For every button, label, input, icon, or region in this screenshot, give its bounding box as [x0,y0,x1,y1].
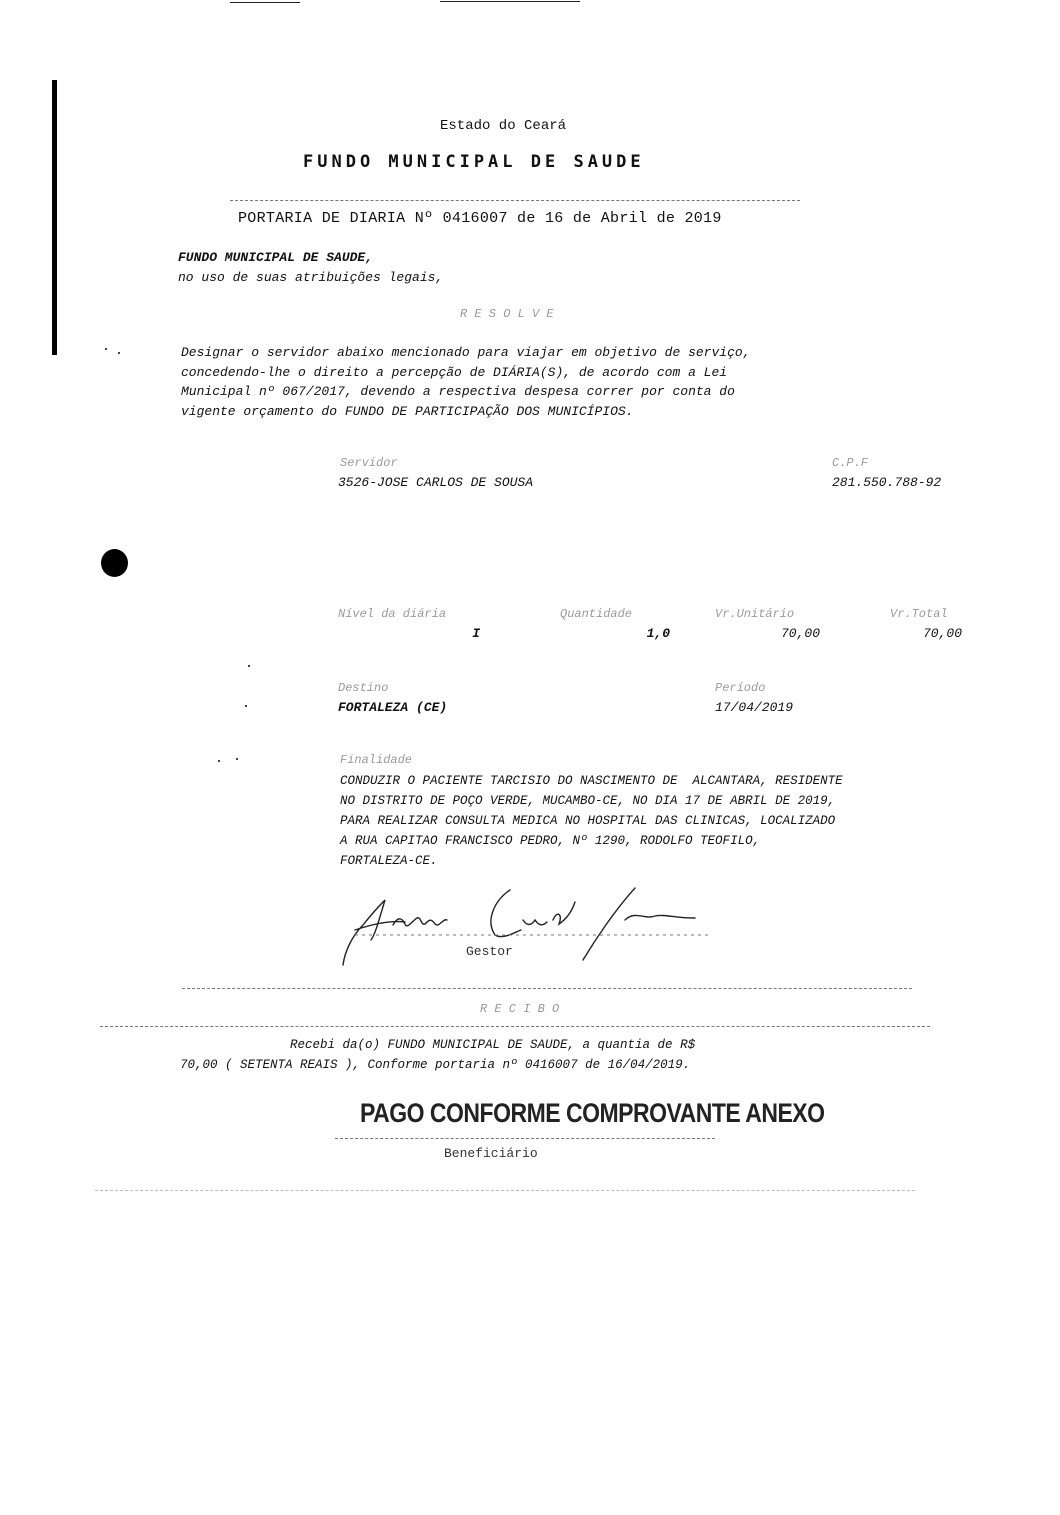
scan-speck [118,352,120,354]
table-header-vr-unitario: Vr.Unitário [715,607,794,621]
payment-stamp: PAGO CONFORME COMPROVANTE ANEXO [360,1098,825,1129]
periodo-value: 17/04/2019 [715,700,793,715]
finalidade-line: PARA REALIZAR CONSULTA MEDICA NO HOSPITA… [340,811,843,831]
separator-line [182,988,912,989]
finalidade-line: A RUA CAPITAO FRANCISCO PEDRO, Nº 1290, … [340,831,843,851]
scan-edge-mark [230,2,300,3]
separator-line [100,1026,930,1027]
signature-role: Gestor [466,944,513,959]
separator-line [230,200,800,201]
state-name: Estado do Ceará [440,118,566,134]
scan-speck [218,760,220,762]
separator-line [95,1190,915,1191]
table-cell-vr-total: 70,00 [880,626,962,641]
table-cell-vr-unitario: 70,00 [740,626,820,641]
resolve-heading: R E S O L V E [460,307,554,321]
institution-title: FUNDO MUNICIPAL DE SAUDE [303,152,645,172]
portaria-title: PORTARIA DE DIARIA Nº 0416007 de 16 de A… [238,210,722,227]
finalidade-line: FORTALEZA-CE. [340,851,843,871]
table-header-vr-total: Vr.Total [890,607,948,621]
recibo-heading: R E C I B O [480,1002,559,1016]
recibo-line-1: Recebi da(o) FUNDO MUNICIPAL DE SAUDE, a… [290,1038,695,1052]
table-header-nivel: Nível da diária [338,607,446,621]
handwritten-signature [335,880,715,975]
beneficiario-signature-line [335,1138,715,1139]
recibo-line-2: 70,00 ( SETENTA REAIS ), Conforme portar… [180,1058,690,1072]
body-line: Municipal nº 067/2017, devendo a respect… [181,382,751,402]
scan-edge-mark [440,1,580,2]
preamble-line-2: no uso de suas atribuições legais, [178,270,443,285]
table-cell-nivel: I [420,626,480,641]
cpf-label: C.P.F [832,456,868,470]
scan-binding-bar [52,80,57,355]
finalidade-label: Finalidade [340,753,412,767]
body-line: vigente orçamento do FUNDO DE PARTICIPAÇ… [181,402,751,422]
finalidade-line: NO DISTRITO DE POÇO VERDE, MUCAMBO-CE, N… [340,791,843,811]
scan-speck [248,665,250,667]
servidor-value: 3526-JOSE CARLOS DE SOUSA [338,475,533,490]
body-line: Designar o servidor abaixo mencionado pa… [181,343,751,363]
scan-speck [245,705,247,707]
destino-value: FORTALEZA (CE) [338,700,447,715]
beneficiario-label: Beneficiário [444,1146,538,1161]
table-cell-quantidade: 1,0 [600,626,670,641]
resolution-body: Designar o servidor abaixo mencionado pa… [181,343,751,421]
table-header-quantidade: Quantidade [560,607,632,621]
periodo-label: Período [715,681,765,695]
servidor-label: Servidor [340,456,398,470]
cpf-value: 281.550.788-92 [832,475,941,490]
destino-label: Destino [338,681,388,695]
body-line: concedendo-lhe o direito a percepção de … [181,363,751,383]
finalidade-text: CONDUZIR O PACIENTE TARCISIO DO NASCIMEN… [340,771,843,871]
preamble-line-1: FUNDO MUNICIPAL DE SAUDE, [178,250,373,265]
scan-speck [236,758,238,760]
finalidade-line: CONDUZIR O PACIENTE TARCISIO DO NASCIMEN… [340,771,843,791]
scan-speck [105,348,107,350]
punch-hole [101,549,128,577]
